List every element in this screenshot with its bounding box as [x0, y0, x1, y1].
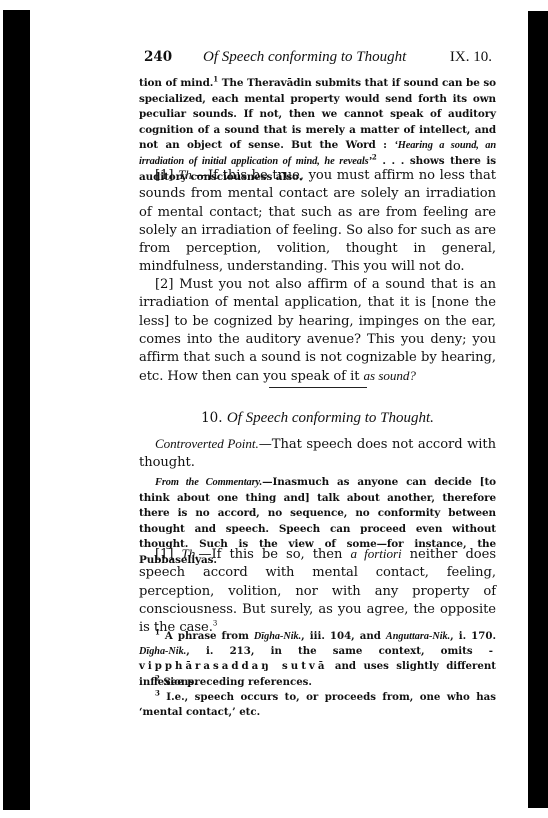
argument-paragraph-2: [2] Must you not also affirm of a sound … — [139, 276, 496, 387]
section-reference: IX. 10. — [450, 49, 492, 66]
section-divider — [269, 387, 367, 388]
footnote-3: 3 I.e., speech occurs to, or proceeds fr… — [139, 690, 496, 720]
argument-paragraph-1: [1] Th.—If this be true, you must affirm… — [139, 166, 496, 277]
scan-border-left — [3, 10, 30, 810]
running-header: 240 Of Speech conforming to Thought IX. … — [139, 49, 496, 69]
scan-border-right — [528, 11, 548, 808]
controverted-point: Controverted Point.—That speech does not… — [139, 435, 496, 473]
running-title: Of Speech conforming to Thought — [203, 49, 406, 66]
speaker-label: Th. — [178, 167, 195, 182]
argument-paragraph-3: [1] Th.—If this be so, then a fortiori n… — [139, 545, 496, 637]
footnote-ref-3: 3 — [213, 620, 217, 628]
page-number: 240 — [144, 49, 172, 65]
footnote-2: 2 See preceding references. — [139, 675, 496, 690]
section-heading: 10. Of Speech conforming to Thought. — [139, 410, 496, 427]
